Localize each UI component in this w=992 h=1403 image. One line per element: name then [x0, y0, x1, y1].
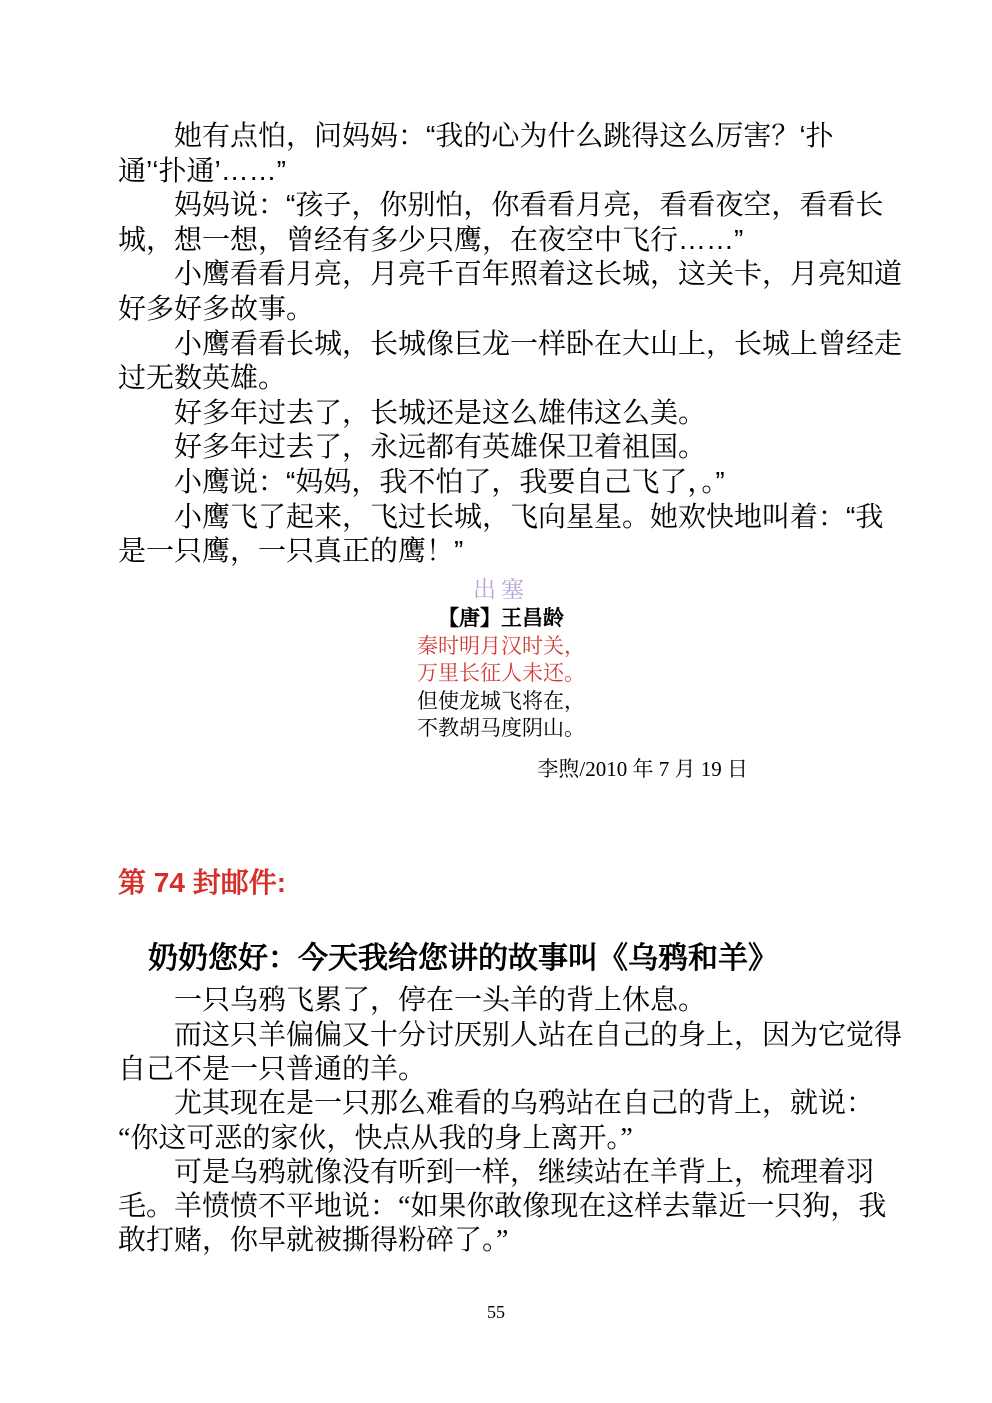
story-crow-line: 一只乌鸦飞累了，停在一头羊的背上休息。 — [118, 984, 884, 1018]
page-number: 55 — [0, 1301, 992, 1323]
poem-line: 万里长征人未还。 — [118, 660, 884, 687]
story-crow-line: “你这可恶的家伙，快点从我的身上离开。” — [118, 1122, 884, 1156]
story-eagle-line: 小鹰看看月亮，月亮千百年照着这长城，这关卡，月亮知道 — [118, 257, 884, 292]
document-page: 她有点怕，问妈妈：“我的心为什么跳得这么厉害？‘扑通’‘扑通’……”妈妈说：“孩… — [0, 0, 992, 1403]
page-content: 她有点怕，问妈妈：“我的心为什么跳得这么厉害？‘扑通’‘扑通’……”妈妈说：“孩… — [0, 119, 992, 1259]
poem-lines: 秦时明月汉时关，万里长征人未还。但使龙城飞将在，不教胡马度阴山。 — [118, 633, 884, 743]
signature-date: 李煦/2010 年 7 月 19 日 — [118, 754, 884, 784]
poem-line: 但使龙城飞将在， — [118, 688, 884, 715]
story-eagle-line: 城，想一想，曾经有多少只鹰，在夜空中飞行……” — [118, 223, 884, 258]
story-eagle-line: 好多年过去了，永远都有英雄保卫着祖国。 — [118, 430, 884, 465]
story-eagle-line: 妈妈说：“孩子，你别怕，你看看月亮，看看夜空，看看长 — [118, 188, 884, 223]
poem-chusai: 出塞 【唐】王昌龄 秦时明月汉时关，万里长征人未还。但使龙城飞将在，不教胡马度阴… — [118, 574, 884, 743]
story-eagle-line: 小鹰说：“妈妈，我不怕了，我要自己飞了，。” — [118, 465, 884, 500]
story-crow-line: 敢打赌，你早就被撕得粉碎了。” — [118, 1224, 884, 1258]
poem-line: 秦时明月汉时关， — [118, 633, 884, 660]
story-crow-and-sheep: 一只乌鸦飞累了，停在一头羊的背上休息。而这只羊偏偏又十分讨厌别人站在自己的身上，… — [118, 984, 884, 1258]
story-crow-line: 自己不是一只普通的羊。 — [118, 1053, 884, 1087]
story-crow-line: 而这只羊偏偏又十分讨厌别人站在自己的身上，因为它觉得 — [118, 1019, 884, 1053]
story-eagle-line: 通’‘扑通’……” — [118, 154, 884, 189]
story-crow-line: 尤其现在是一只那么难看的乌鸦站在自己的背上，就说： — [118, 1087, 884, 1121]
story-eagle-line: 好多好多故事。 — [118, 292, 884, 327]
story-eagle-line: 好多年过去了，长城还是这么雄伟这么美。 — [118, 396, 884, 431]
story-eagle-line: 小鹰看看长城，长城像巨龙一样卧在大山上，长城上曾经走 — [118, 327, 884, 362]
story-crow-line: 可是乌鸦就像没有听到一样，继续站在羊背上，梳理着羽 — [118, 1156, 884, 1190]
poem-author: 【唐】王昌龄 — [118, 605, 884, 633]
story-eagle-line: 小鹰飞了起来，飞过长城，飞向星星。她欢快地叫着：“我 — [118, 500, 884, 535]
story-little-eagle: 她有点怕，问妈妈：“我的心为什么跳得这么厉害？‘扑通’‘扑通’……”妈妈说：“孩… — [118, 119, 884, 569]
poem-line: 不教胡马度阴山。 — [118, 715, 884, 742]
story-eagle-line: 她有点怕，问妈妈：“我的心为什么跳得这么厉害？‘扑 — [118, 119, 884, 154]
story-crow-line: 毛。羊愤愤不平地说：“如果你敢像现在这样去靠近一只狗，我 — [118, 1190, 884, 1224]
poem-title: 出塞 — [118, 574, 884, 605]
story-crow-title: 奶奶您好：今天我给您讲的故事叫《乌鸦和羊》 — [118, 939, 884, 979]
story-eagle-line: 是一只鹰，一只真正的鹰！” — [118, 534, 884, 569]
mail-number-heading: 第 74 封邮件: — [118, 865, 884, 901]
story-eagle-line: 过无数英雄。 — [118, 361, 884, 396]
